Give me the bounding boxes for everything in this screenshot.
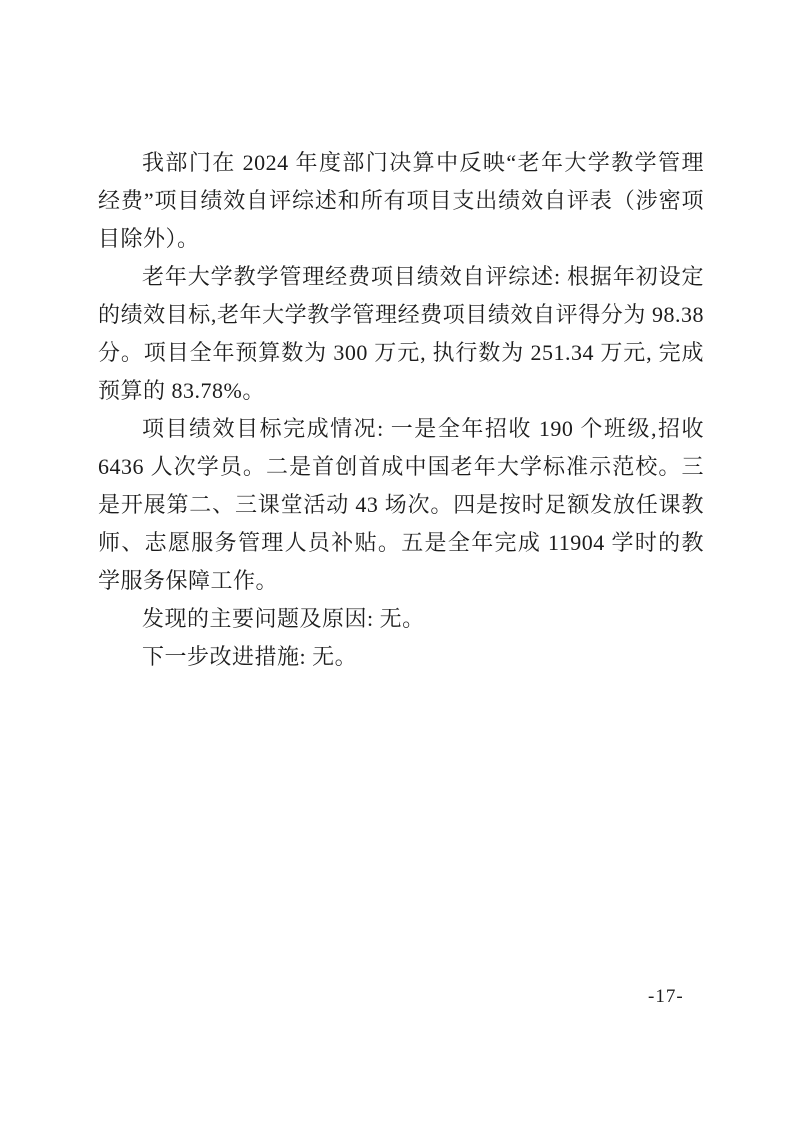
document-page: 我部门在 2024 年度部门决算中反映“老年大学教学管理经费”项目绩效自评综述和… [0,0,793,1122]
document-body: 我部门在 2024 年度部门决算中反映“老年大学教学管理经费”项目绩效自评综述和… [98,144,704,676]
paragraph-performance-target-completion: 项目绩效目标完成情况: 一是全年招收 190 个班级,招收 6436 人次学员。… [98,410,704,600]
page-number: -17- [648,986,684,1008]
paragraph-decision-summary-intro: 我部门在 2024 年度部门决算中反映“老年大学教学管理经费”项目绩效自评综述和… [98,144,704,258]
paragraph-self-evaluation-summary: 老年大学教学管理经费项目绩效自评综述: 根据年初设定的绩效目标,老年大学教学管理… [98,258,704,410]
paragraph-next-step-measures: 下一步改进措施: 无。 [98,638,704,676]
paragraph-problems-and-causes: 发现的主要问题及原因: 无。 [98,600,704,638]
